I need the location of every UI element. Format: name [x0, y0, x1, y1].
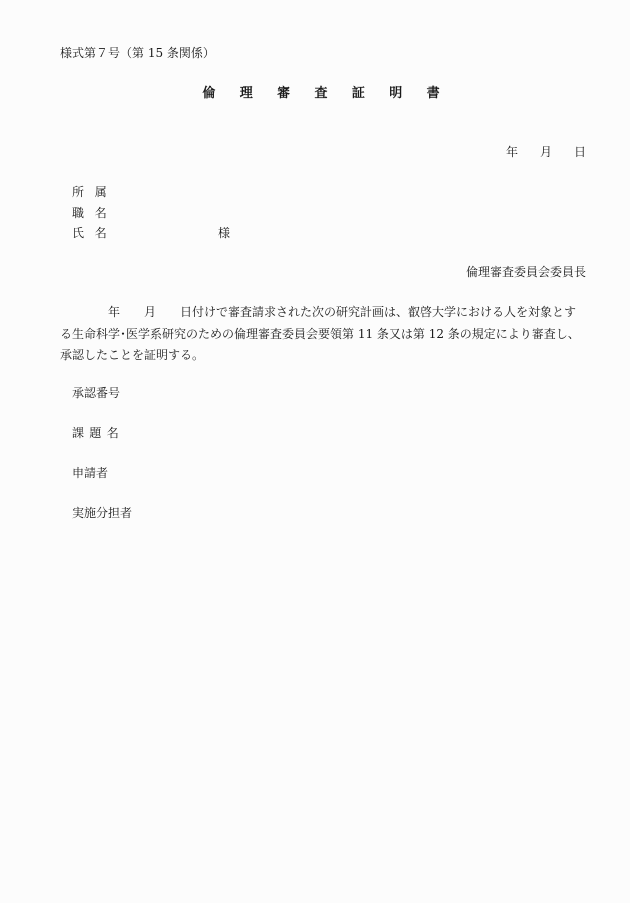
issuer-title: 倫理審査委員会委員長	[466, 263, 586, 280]
date-year-label: 年	[506, 143, 518, 160]
body-year-label: 年	[108, 305, 120, 319]
project-title-label: 課題名	[72, 424, 124, 441]
document-title-char: 査	[314, 86, 339, 101]
certification-body: 年月日付けで審査請求された次の研究計画は、叡啓大学における人を対象とす る生命科…	[60, 302, 588, 367]
document-title-char: 理	[240, 86, 265, 101]
document-title-char: 倫	[202, 86, 227, 101]
form-number: 様式第７号（第 15 条関係）	[60, 44, 215, 61]
document-title-char: 審	[277, 86, 302, 101]
body-line-2: る生命科学･医学系研究のための倫理審査委員会要領第 11 条又は第 12 条の規…	[60, 324, 588, 346]
document-title: 倫理審査証明書	[0, 82, 630, 101]
body-month-label: 月	[144, 305, 156, 319]
document-title-char: 書	[427, 86, 452, 101]
name-label: 氏名	[72, 224, 132, 241]
date-month-label: 月	[540, 143, 552, 160]
recipient-name: 氏名	[72, 224, 132, 241]
approval-number-label: 承認番号	[72, 384, 120, 401]
honorific: 様	[218, 224, 230, 241]
recipient-affiliation: 所属	[72, 183, 132, 200]
body-line-3: 承認したことを証明する。	[60, 345, 588, 367]
body-line-1: 年月日付けで審査請求された次の研究計画は、叡啓大学における人を対象とす	[60, 302, 588, 324]
body-line-1-text: 日付けで審査請求された次の研究計画は、叡啓大学における人を対象とす	[180, 305, 576, 319]
issue-date: 年月日	[506, 143, 586, 160]
recipient-position: 職名	[72, 204, 132, 221]
document-title-char: 証	[352, 86, 377, 101]
date-day-label: 日	[574, 143, 586, 160]
affiliation-label: 所属	[72, 183, 132, 200]
document-title-char: 明	[389, 86, 414, 101]
applicant-label: 申請者	[72, 464, 108, 481]
researchers-label: 実施分担者	[72, 504, 132, 521]
position-label: 職名	[72, 204, 132, 221]
